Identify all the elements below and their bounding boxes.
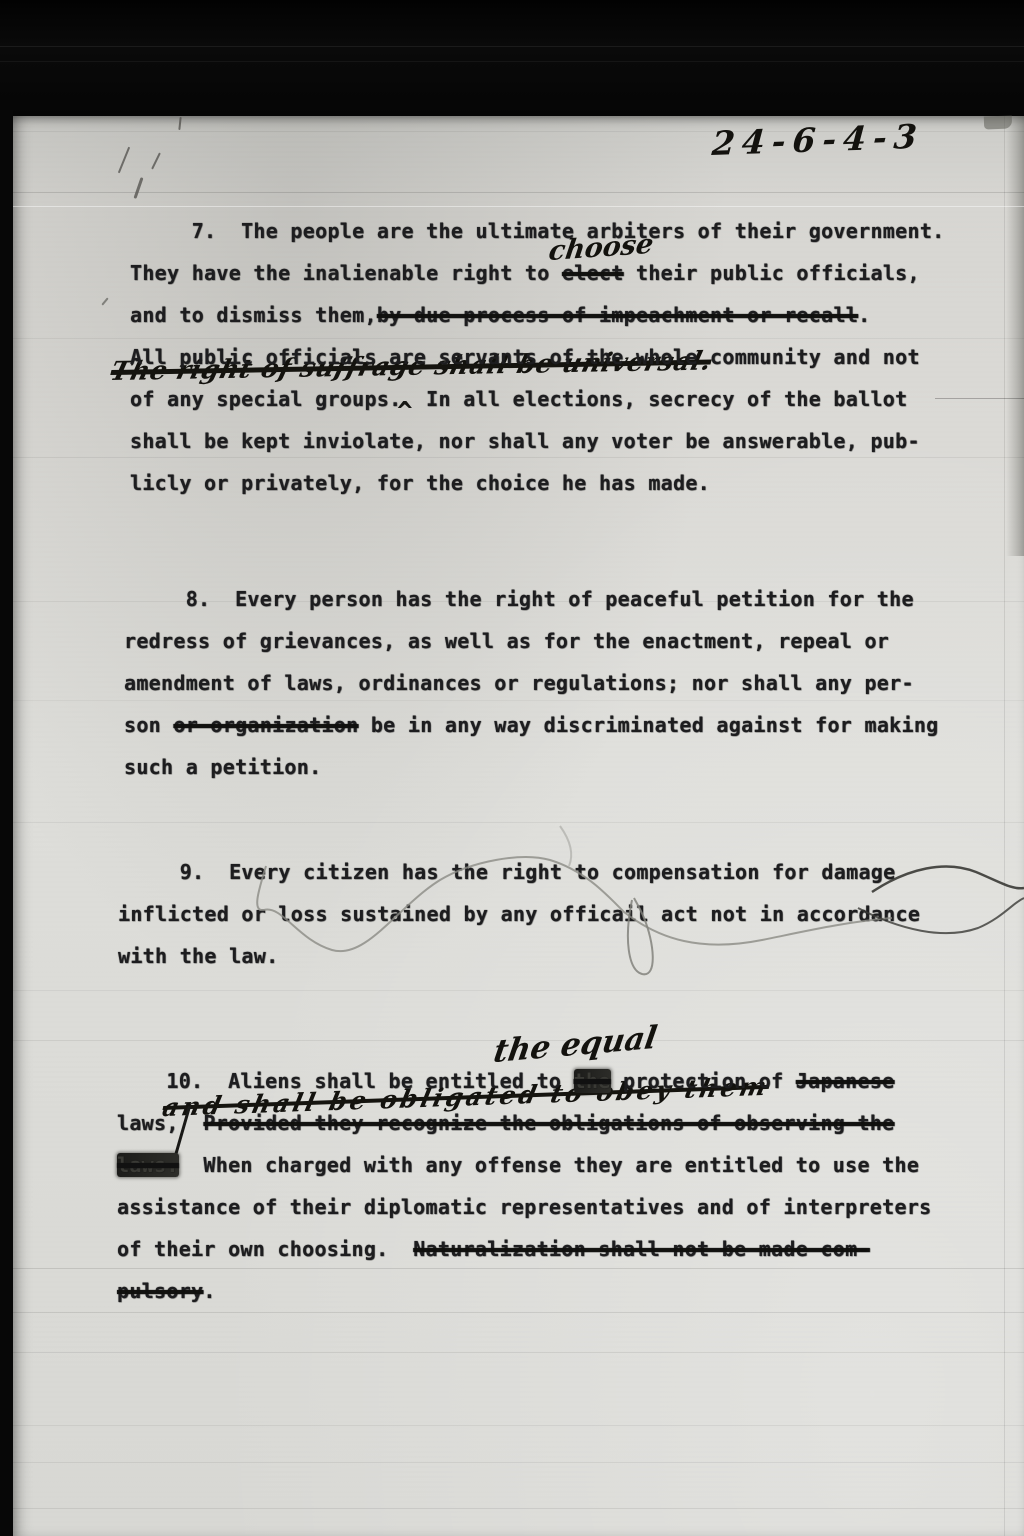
typed-line: All public officials are servants of the… — [130, 336, 945, 378]
typed-text: of any special groups. In all elections,… — [130, 387, 907, 411]
typed-text: with the law. — [118, 944, 278, 968]
typed-text: inflicted or loss sustained by any offic… — [118, 902, 920, 926]
typed-text: 8. Every person has the right of peacefu… — [124, 587, 914, 611]
typed-line: of any special groups. In all elections,… — [130, 378, 945, 420]
article-8-paragraph: 8. Every person has the right of peacefu… — [124, 578, 939, 788]
article-7-paragraph: 7. The people are the ultimate arbiters … — [130, 210, 945, 504]
typed-line: such a petition. — [124, 746, 939, 788]
paper-crease — [1004, 116, 1005, 1536]
article-9-paragraph: 9. Every citizen has the right to compen… — [118, 851, 920, 977]
typed-line: inflicted or loss sustained by any offic… — [118, 893, 920, 935]
typed-line: They have the inalienable right to elect… — [130, 252, 945, 294]
typed-text: laws, — [117, 1111, 203, 1135]
typed-text: their public officials, — [624, 261, 920, 285]
typed-line: assistance of their diplomatic represent… — [117, 1186, 932, 1228]
typed-line: son or organization be in any way discri… — [124, 704, 939, 746]
typed-text: shall be kept inviolate, nor shall any v… — [130, 429, 920, 453]
handwritten-page-code: 24-6-4-3 — [711, 117, 926, 164]
typed-text: 10. Aliens shall be entitled to — [117, 1069, 574, 1093]
struck-text: pulsory — [117, 1279, 203, 1303]
typed-text: assistance of their diplomatic represent… — [117, 1195, 932, 1219]
typed-line: redress of grievances, as well as for th… — [124, 620, 939, 662]
microfilm-frame: 24-6-4-3 choose The right of suffrage sh… — [0, 0, 1024, 1536]
film-border-left — [0, 110, 13, 1536]
typed-text: such a petition. — [124, 755, 321, 779]
typed-line: pulsory. — [117, 1270, 932, 1312]
struck-text: elect — [562, 261, 624, 285]
struck-text: or organization — [173, 713, 358, 737]
typed-text: amendment of laws, ordinances or regulat… — [124, 671, 914, 695]
typed-line: laws, Provided they recognize the obliga… — [117, 1102, 932, 1144]
struck-text: by due process of impeachment or recall — [377, 303, 858, 327]
struck-text: the — [574, 1069, 611, 1093]
typed-text: redress of grievances, as well as for th… — [124, 629, 889, 653]
typed-text: When charged with any offense they are e… — [179, 1153, 919, 1177]
typed-text: of their own choosing. — [117, 1237, 413, 1261]
typed-text: and to dismiss them, — [130, 303, 377, 327]
typed-text: son — [124, 713, 173, 737]
typed-line: amendment of laws, ordinances or regulat… — [124, 662, 939, 704]
typed-text: be in any way discriminated against for … — [359, 713, 939, 737]
typed-line: 10. Aliens shall be entitled to the prot… — [117, 1060, 932, 1102]
struck-text: Naturalization shall not be made com- — [413, 1237, 870, 1261]
typed-text: 7. The people are the ultimate arbiters … — [130, 219, 945, 243]
typed-line: with the law. — [118, 935, 920, 977]
struck-text: Japanese — [796, 1069, 895, 1093]
struck-text: laws. — [117, 1153, 179, 1177]
typed-text: licly or privately, for the choice he ha… — [130, 471, 710, 495]
struck-text: Provided they recognize the obligations … — [203, 1111, 894, 1135]
film-border-top — [0, 0, 1024, 116]
typed-line: of their own choosing. Naturalization sh… — [117, 1228, 932, 1270]
typed-line: licly or privately, for the choice he ha… — [130, 462, 945, 504]
typed-text: protection of — [611, 1069, 796, 1093]
typed-line: and to dismiss them,by due process of im… — [130, 294, 945, 336]
typed-line: 8. Every person has the right of peacefu… — [124, 578, 939, 620]
typed-text: They have the inalienable right to — [130, 261, 562, 285]
article-10-paragraph: 10. Aliens shall be entitled to the prot… — [117, 1060, 932, 1312]
film-scratch — [0, 61, 1024, 62]
typed-text: . — [203, 1279, 215, 1303]
typed-line: laws. When charged with any offense they… — [117, 1144, 932, 1186]
film-scratch — [0, 46, 1024, 47]
paper-edge-notch — [984, 116, 1012, 130]
typed-line: shall be kept inviolate, nor shall any v… — [130, 420, 945, 462]
typed-text: 9. Every citizen has the right to compen… — [118, 860, 895, 884]
typed-line: 7. The people are the ultimate arbiters … — [130, 210, 945, 252]
typed-line: 9. Every citizen has the right to compen… — [118, 851, 920, 893]
typed-text: All public officials are servants of the… — [130, 345, 920, 369]
typed-text: . — [858, 303, 870, 327]
paper-edge-shadow — [1006, 116, 1024, 556]
